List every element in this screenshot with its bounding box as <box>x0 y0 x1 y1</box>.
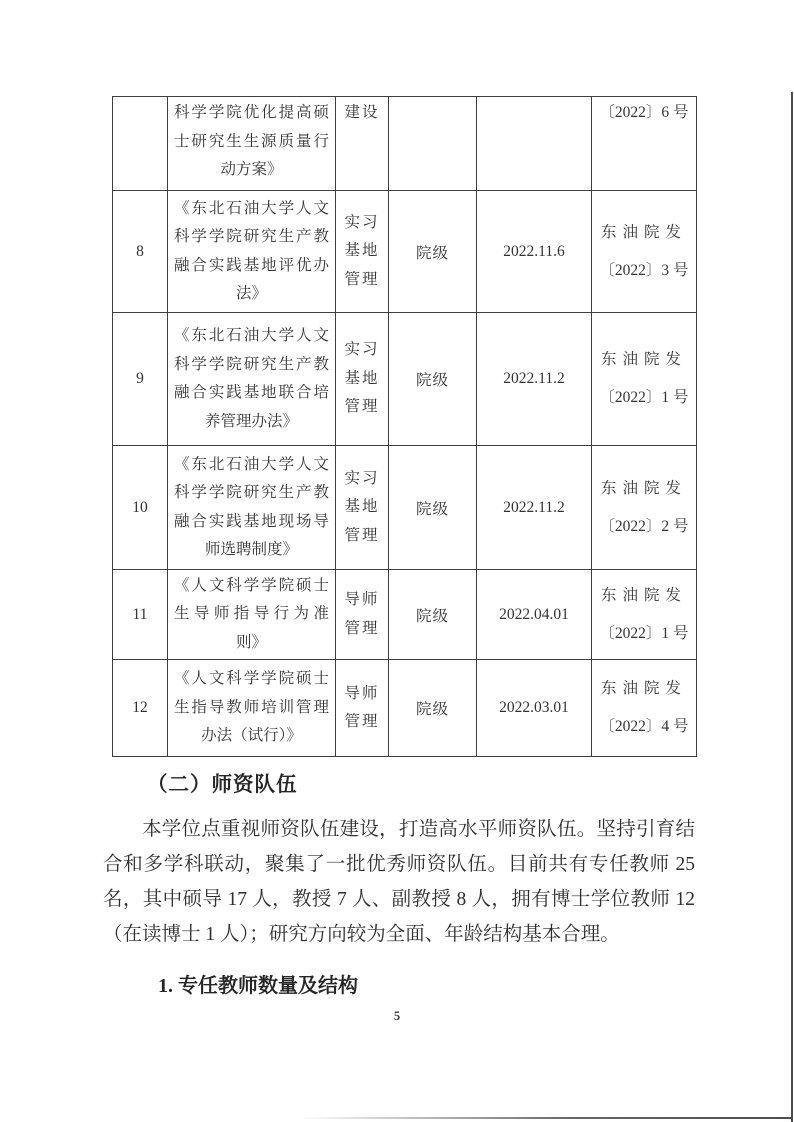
doc-line: 〔2022〕4 号 <box>596 708 692 746</box>
cell-level: 院级 <box>389 313 477 446</box>
cell-row-number: 12 <box>113 660 168 757</box>
cell-document-number: 东油院发〔2022〕2 号 <box>592 446 697 570</box>
category-line: 管理 <box>340 708 384 737</box>
cell-category: 实习基地管理 <box>336 313 389 446</box>
category-line: 基地 <box>340 365 384 394</box>
scan-edge-right <box>791 92 793 1122</box>
category-line: 基地 <box>340 493 384 522</box>
table-row: 科学学院优化提高硕士研究生生源质量行动方案》 建设 〔2022〕6 号 <box>113 97 697 191</box>
title-line: 科学学院研究生产教 <box>174 479 329 508</box>
title-line: 科学学院研究生产教 <box>174 351 329 380</box>
category-line: 导师 <box>340 586 384 615</box>
paragraph-line: 合和多学科联动，聚集了一批优秀师资队伍。目前共有专任教师 25 <box>103 847 695 882</box>
document-page: { "colors": { "page_background": "#fffff… <box>0 0 794 1122</box>
doc-line: 〔2022〕1 号 <box>596 615 692 653</box>
title-line: 《人文科学学院硕士 <box>174 665 329 694</box>
cell-date: 2022.11.2 <box>477 446 592 570</box>
title-line: 办法（试行）》 <box>174 722 329 751</box>
cell-date: 2022.11.2 <box>477 313 592 446</box>
page-number: 5 <box>0 1009 794 1024</box>
title-line: 《东北石油大学人文 <box>174 322 329 351</box>
cell-document-title: 《东北石油大学人文科学学院研究生产教融合实践基地评优办法》 <box>168 191 336 313</box>
cell-document-title: 《人文科学学院硕士生导师指导行为准则》 <box>168 570 336 660</box>
title-line: 法》 <box>174 280 329 309</box>
title-line: 融合实践基地评优办 <box>174 252 329 281</box>
title-line: 融合实践基地现场导 <box>174 508 329 537</box>
cell-document-number: 东油院发〔2022〕1 号 <box>592 313 697 446</box>
category-line: 实习 <box>340 465 384 494</box>
category-line: 管理 <box>340 266 384 295</box>
title-line: 师选聘制度》 <box>174 536 329 565</box>
doc-line: 东油院发 <box>596 341 692 379</box>
section-subheading: 1. 专任教师数量及结构 <box>158 969 695 1003</box>
cell-document-title: 科学学院优化提高硕士研究生生源质量行动方案》 <box>168 97 336 191</box>
doc-line: 东油院发 <box>596 470 692 508</box>
table-row: 11 《人文科学学院硕士生导师指导行为准则》 导师管理 院级 2022.04.0… <box>113 570 697 660</box>
cell-category: 实习基地管理 <box>336 446 389 570</box>
cell-document-title: 《人文科学学院硕士生指导教师培训管理办法（试行）》 <box>168 660 336 757</box>
title-line: 养管理办法》 <box>174 408 329 437</box>
doc-line: 〔2022〕3 号 <box>596 252 692 290</box>
category-line: 导师 <box>340 680 384 709</box>
cell-date <box>477 97 592 191</box>
category-line: 实习 <box>340 336 384 365</box>
category-line: 实习 <box>340 209 384 238</box>
category-line: 管理 <box>340 393 384 422</box>
cell-level: 院级 <box>389 660 477 757</box>
section-faculty: （二）师资队伍 本学位点重视师资队伍建设，打造高水平师资队伍。坚持引育结合和多学… <box>103 760 695 1003</box>
cell-document-number: 〔2022〕6 号 <box>592 97 697 191</box>
title-line: 《东北石油大学人文 <box>174 195 329 224</box>
cell-document-number: 东油院发〔2022〕3 号 <box>592 191 697 313</box>
cell-row-number: 11 <box>113 570 168 660</box>
doc-line: 东油院发 <box>596 214 692 252</box>
table-row: 10 《东北石油大学人文科学学院研究生产教融合实践基地现场导师选聘制度》 实习基… <box>113 446 697 570</box>
paragraph-line: 名，其中硕导 17 人，教授 7 人、副教授 8 人，拥有博士学位教师 12 <box>103 882 695 917</box>
cell-document-title: 《东北石油大学人文科学学院研究生产教融合实践基地现场导师选聘制度》 <box>168 446 336 570</box>
cell-category: 建设 <box>336 97 389 191</box>
scan-edge-bottom <box>300 1117 792 1119</box>
cell-date: 2022.04.01 <box>477 570 592 660</box>
paragraph-line: （在读博士 1 人）；研究方向较为全面、年龄结构基本合理。 <box>103 917 695 952</box>
cell-row-number: 8 <box>113 191 168 313</box>
table-row: 9 《东北石油大学人文科学学院研究生产教融合实践基地联合培养管理办法》 实习基地… <box>113 313 697 446</box>
title-line: 士研究生生源质量行 <box>174 128 329 157</box>
doc-line: 〔2022〕6 号 <box>596 99 692 128</box>
paragraph-line: 本学位点重视师资队伍建设，打造高水平师资队伍。坚持引育结 <box>103 812 695 847</box>
policy-table: 科学学院优化提高硕士研究生生源质量行动方案》 建设 〔2022〕6 号 8 《东… <box>112 96 697 757</box>
policy-table-body: 科学学院优化提高硕士研究生生源质量行动方案》 建设 〔2022〕6 号 8 《东… <box>113 97 697 757</box>
cell-date: 2022.03.01 <box>477 660 592 757</box>
title-line: 则》 <box>174 629 329 658</box>
title-line: 《东北石油大学人文 <box>174 451 329 480</box>
cell-level <box>389 97 477 191</box>
cell-category: 导师管理 <box>336 570 389 660</box>
section-paragraph: 本学位点重视师资队伍建设，打造高水平师资队伍。坚持引育结合和多学科联动，聚集了一… <box>103 812 695 952</box>
cell-document-number: 东油院发〔2022〕1 号 <box>592 570 697 660</box>
cell-date: 2022.11.6 <box>477 191 592 313</box>
title-line: 动方案》 <box>174 156 329 185</box>
cell-document-title: 《东北石油大学人文科学学院研究生产教融合实践基地联合培养管理办法》 <box>168 313 336 446</box>
doc-line: 东油院发 <box>596 577 692 615</box>
cell-level: 院级 <box>389 191 477 313</box>
title-line: 科学学院研究生产教 <box>174 223 329 252</box>
cell-category: 实习基地管理 <box>336 191 389 313</box>
policy-table-container: 科学学院优化提高硕士研究生生源质量行动方案》 建设 〔2022〕6 号 8 《东… <box>112 96 697 757</box>
table-row: 12 《人文科学学院硕士生指导教师培训管理办法（试行）》 导师管理 院级 202… <box>113 660 697 757</box>
doc-line: 〔2022〕1 号 <box>596 379 692 417</box>
category-line: 建设 <box>340 99 384 128</box>
category-line: 管理 <box>340 615 384 644</box>
cell-row-number <box>113 97 168 191</box>
title-line: 融合实践基地联合培 <box>174 379 329 408</box>
title-line: 科学学院优化提高硕 <box>174 99 329 128</box>
table-row: 8 《东北石油大学人文科学学院研究生产教融合实践基地评优办法》 实习基地管理 院… <box>113 191 697 313</box>
cell-category: 导师管理 <box>336 660 389 757</box>
title-line: 生指导教师培训管理 <box>174 694 329 723</box>
cell-row-number: 9 <box>113 313 168 446</box>
category-line: 管理 <box>340 522 384 551</box>
cell-level: 院级 <box>389 446 477 570</box>
cell-document-number: 东油院发〔2022〕4 号 <box>592 660 697 757</box>
doc-line: 东油院发 <box>596 670 692 708</box>
category-line: 基地 <box>340 237 384 266</box>
doc-line: 〔2022〕2 号 <box>596 508 692 546</box>
title-line: 《人文科学学院硕士 <box>174 572 329 601</box>
section-heading: （二）师资队伍 <box>147 768 695 802</box>
cell-row-number: 10 <box>113 446 168 570</box>
title-line: 生导师指导行为准 <box>174 600 329 629</box>
cell-level: 院级 <box>389 570 477 660</box>
